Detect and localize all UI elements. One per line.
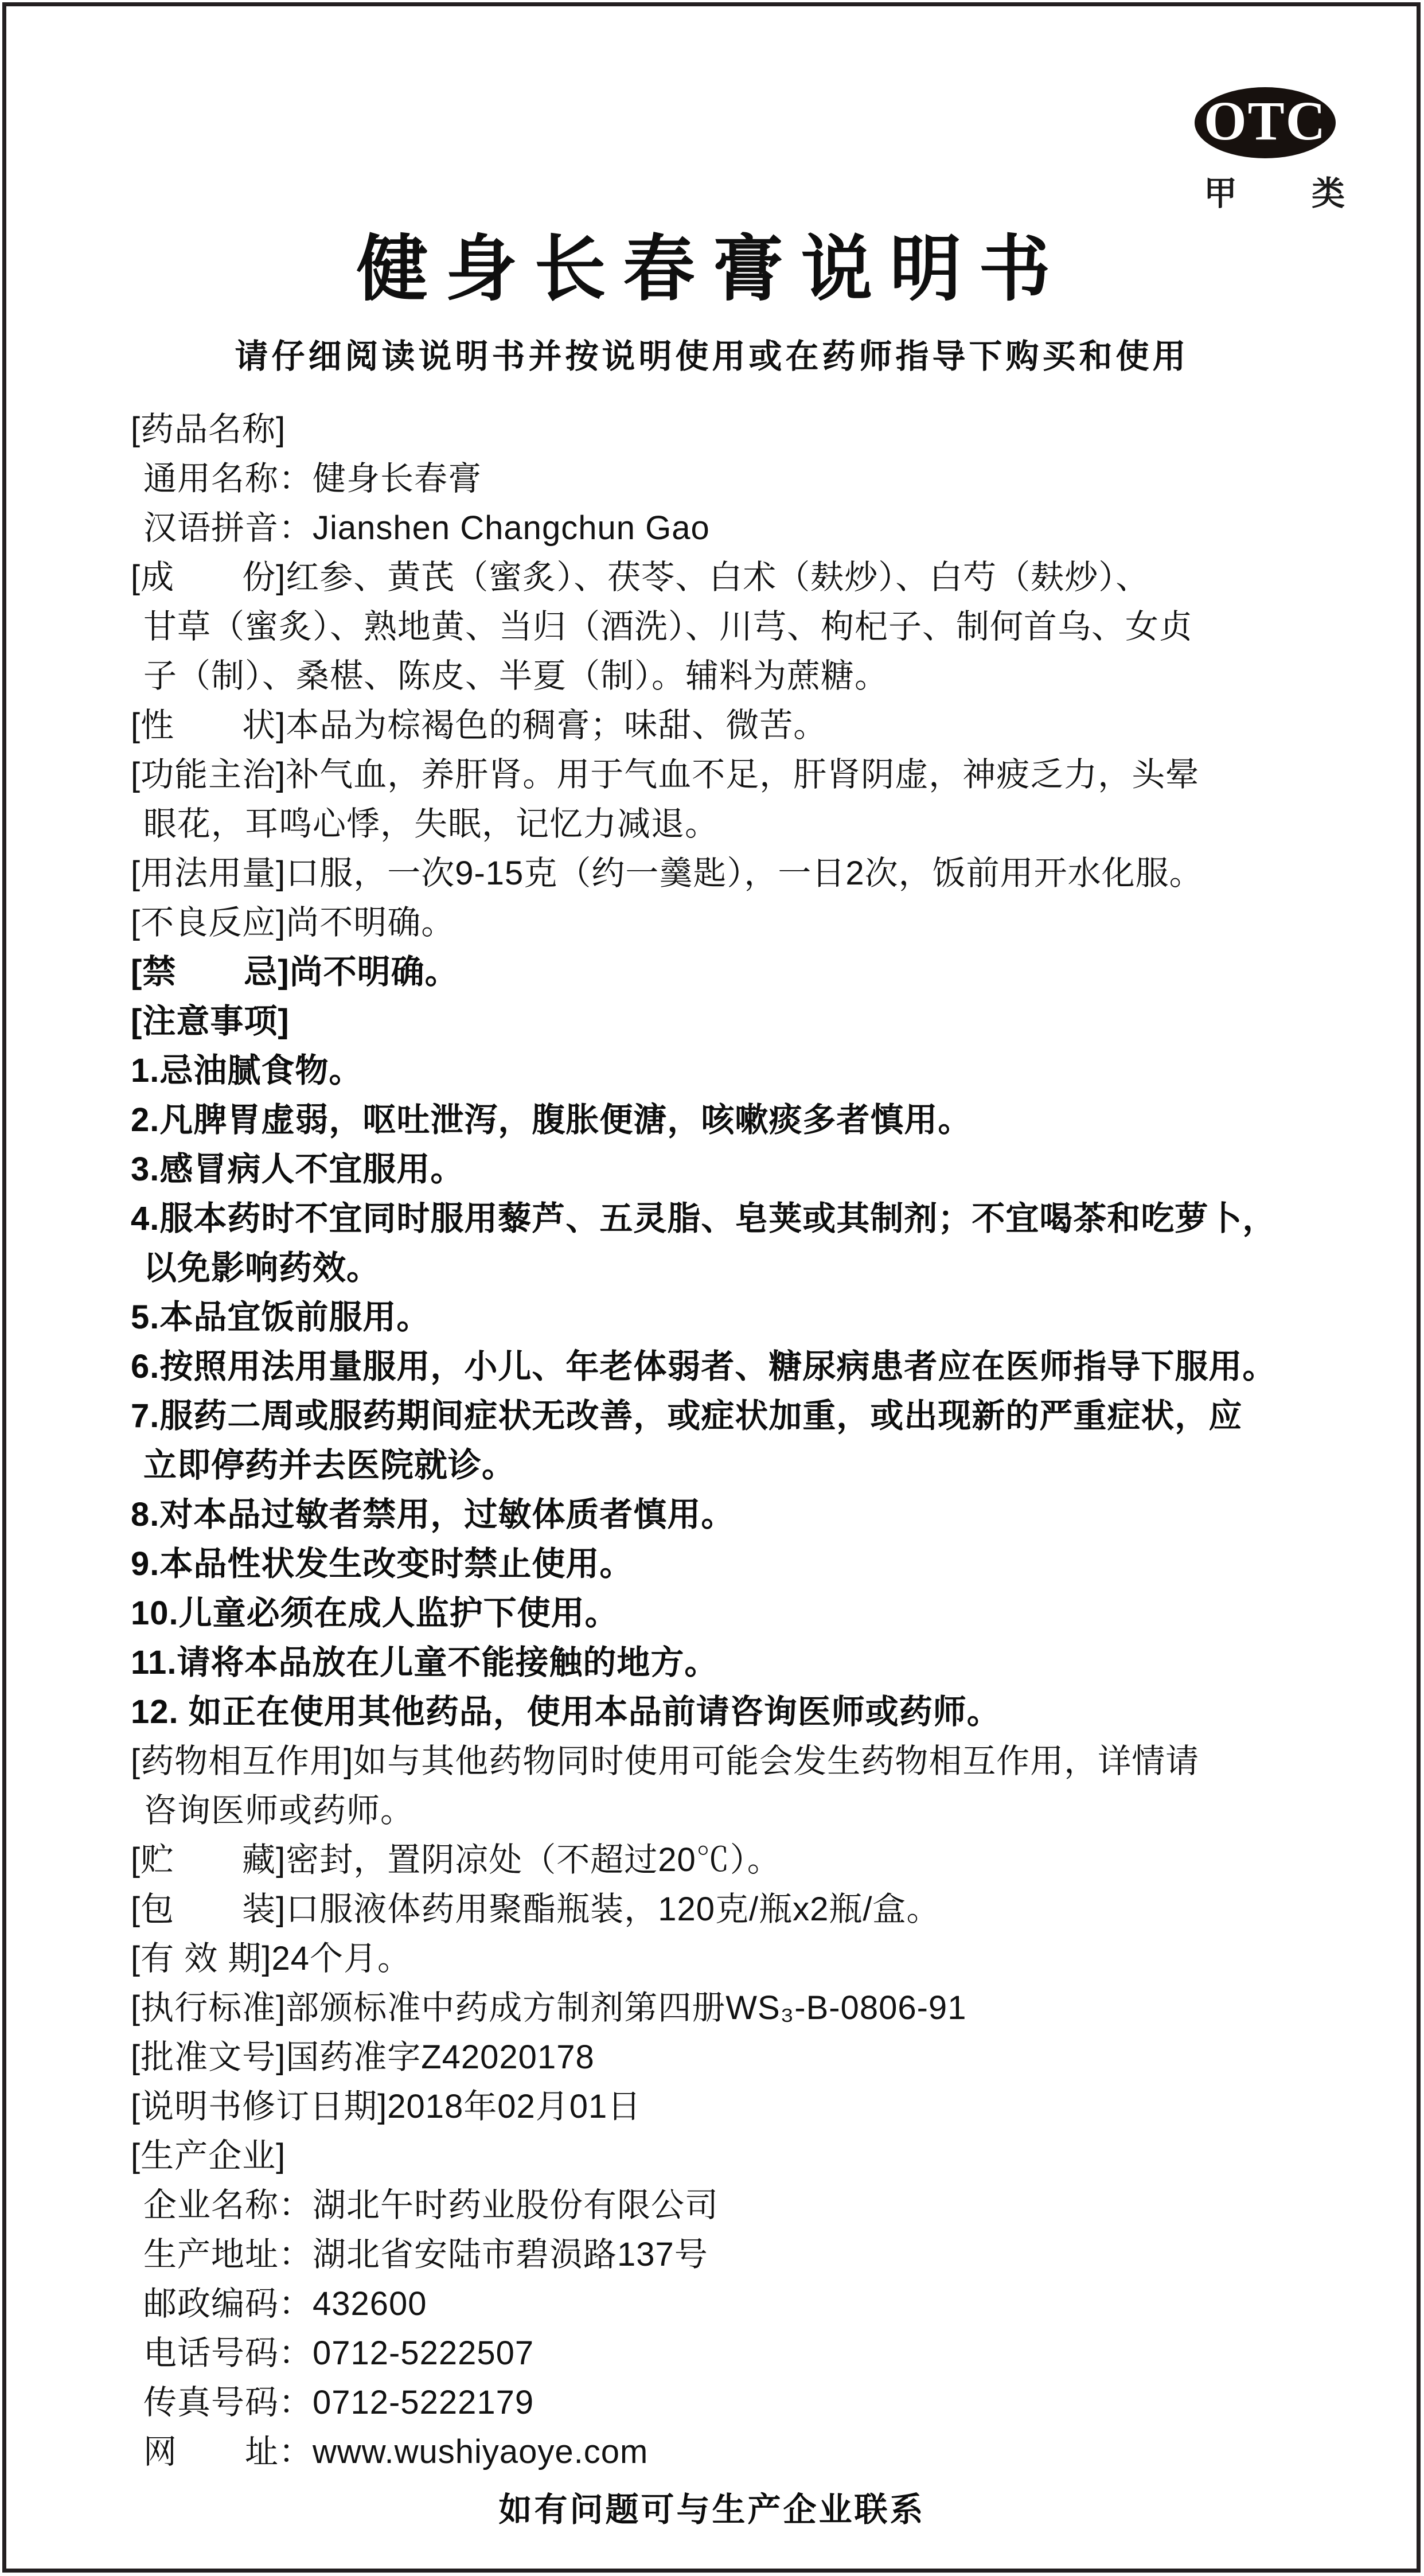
leaflet-line: [有 效 期]24个月。 [131,1934,1338,1983]
leaflet-line: 10.儿童必须在成人监护下使用。 [131,1589,1338,1638]
leaflet-line: [功能主治]补气血，养肝肾。用于气血不足，肝肾阴虚，神疲乏力，头晕 [131,750,1338,800]
leaflet-line: 3.感冒病人不宜服用。 [131,1145,1338,1194]
leaflet-line: 邮政编码：432600 [131,2279,1338,2329]
page-subtitle: 请仔细阅读说明书并按说明使用或在药师指导下购买和使用 [0,329,1424,377]
otc-logo-icon: OTC [1195,87,1336,158]
otc-category: 甲 类 [1193,166,1337,215]
leaflet-line: 子（制）、桑椹、陈皮、半夏（制）。辅料为蔗糖。 [131,652,1338,701]
leaflet-line: 企业名称：湖北午时药业股份有限公司 [131,2181,1338,2230]
leaflet-line: 7.服药二周或服药期间症状无改善，或症状加重，或出现新的严重症状，应 [131,1392,1338,1441]
otc-label: OTC [1204,90,1327,151]
leaflet-line: 8.对本品过敏者禁用，过敏体质者慎用。 [131,1490,1338,1540]
leaflet-line: [生产企业] [131,2131,1338,2181]
leaflet-line: [性 状]本品为棕褐色的稠膏；味甜、微苦。 [131,701,1338,750]
otc-badge: OTC 甲 类 [1193,87,1337,215]
leaflet-line: [不良反应]尚不明确。 [131,898,1338,948]
leaflet-line: [包 装]口服液体药用聚酯瓶装，120克/瓶x2瓶/盒。 [131,1885,1338,1934]
leaflet-line: [禁 忌]尚不明确。 [131,948,1338,997]
leaflet-line: [药品名称] [131,405,1338,454]
leaflet-line: 11.请将本品放在儿童不能接触的地方。 [131,1638,1338,1688]
leaflet-line: 12. 如正在使用其他药品，使用本品前请咨询医师或药师。 [131,1688,1338,1737]
leaflet-line: 咨询医师或药师。 [131,1786,1338,1835]
leaflet-line: 以免影响药效。 [131,1244,1338,1293]
leaflet-line: 电话号码：0712-5222507 [131,2329,1338,2378]
leaflet-body: [药品名称]通用名称：健身长春膏汉语拼音：Jianshen Changchun … [0,405,1424,2477]
leaflet-line: 1.忌油腻食物。 [131,1046,1338,1096]
leaflet-line: [贮 藏]密封，置阴凉处（不超过20℃）。 [131,1835,1338,1885]
leaflet-line: 眼花，耳鸣心悸，失眠，记忆力减退。 [131,800,1338,849]
leaflet-line: 汉语拼音：Jianshen Changchun Gao [131,504,1338,553]
leaflet-line: 传真号码：0712-5222179 [131,2378,1338,2427]
leaflet-page: OTC 甲 类 健身长春膏说明书 请仔细阅读说明书并按说明使用或在药师指导下购买… [0,0,1424,2576]
leaflet-line: 5.本品宜饭前服用。 [131,1293,1338,1342]
leaflet-line: 6.按照用法用量服用，小儿、年老体弱者、糖尿病患者应在医师指导下服用。 [131,1342,1338,1392]
leaflet-line: 4.服本药时不宜同时服用藜芦、五灵脂、皂荚或其制剂；不宜喝茶和吃萝卜， [131,1194,1338,1244]
footer-note: 如有问题可与生产企业联系 [0,2483,1424,2531]
leaflet-line: 网 址：www.wushiyaoye.com [131,2427,1338,2477]
leaflet-line: [注意事项] [131,997,1338,1046]
leaflet-line: 生产地址：湖北省安陆市碧涢路137号 [131,2230,1338,2279]
leaflet-line: [成 份]红参、黄芪（蜜炙）、茯苓、白术（麸炒）、白芍（麸炒）、 [131,553,1338,602]
leaflet-line: 甘草（蜜炙）、熟地黄、当归（酒洗）、川芎、枸杞子、制何首乌、女贞 [131,602,1338,652]
leaflet-line: [说明书修订日期]2018年02月01日 [131,2082,1338,2131]
leaflet-line: [批准文号]国药准字Z42020178 [131,2033,1338,2082]
leaflet-line: [执行标准]部颁标准中药成方制剂第四册WS₃-B-0806-91 [131,1983,1338,2033]
leaflet-line: 9.本品性状发生改变时禁止使用。 [131,1540,1338,1589]
leaflet-line: 2.凡脾胃虚弱，呕吐泄泻，腹胀便溏，咳嗽痰多者慎用。 [131,1096,1338,1145]
leaflet-line: 通用名称：健身长春膏 [131,454,1338,504]
leaflet-line: [用法用量]口服，一次9-15克（约一羹匙），一日2次，饭前用开水化服。 [131,849,1338,898]
leaflet-line: [药物相互作用]如与其他药物同时使用可能会发生药物相互作用，详情请 [131,1737,1338,1786]
leaflet-line: 立即停药并去医院就诊。 [131,1441,1338,1490]
